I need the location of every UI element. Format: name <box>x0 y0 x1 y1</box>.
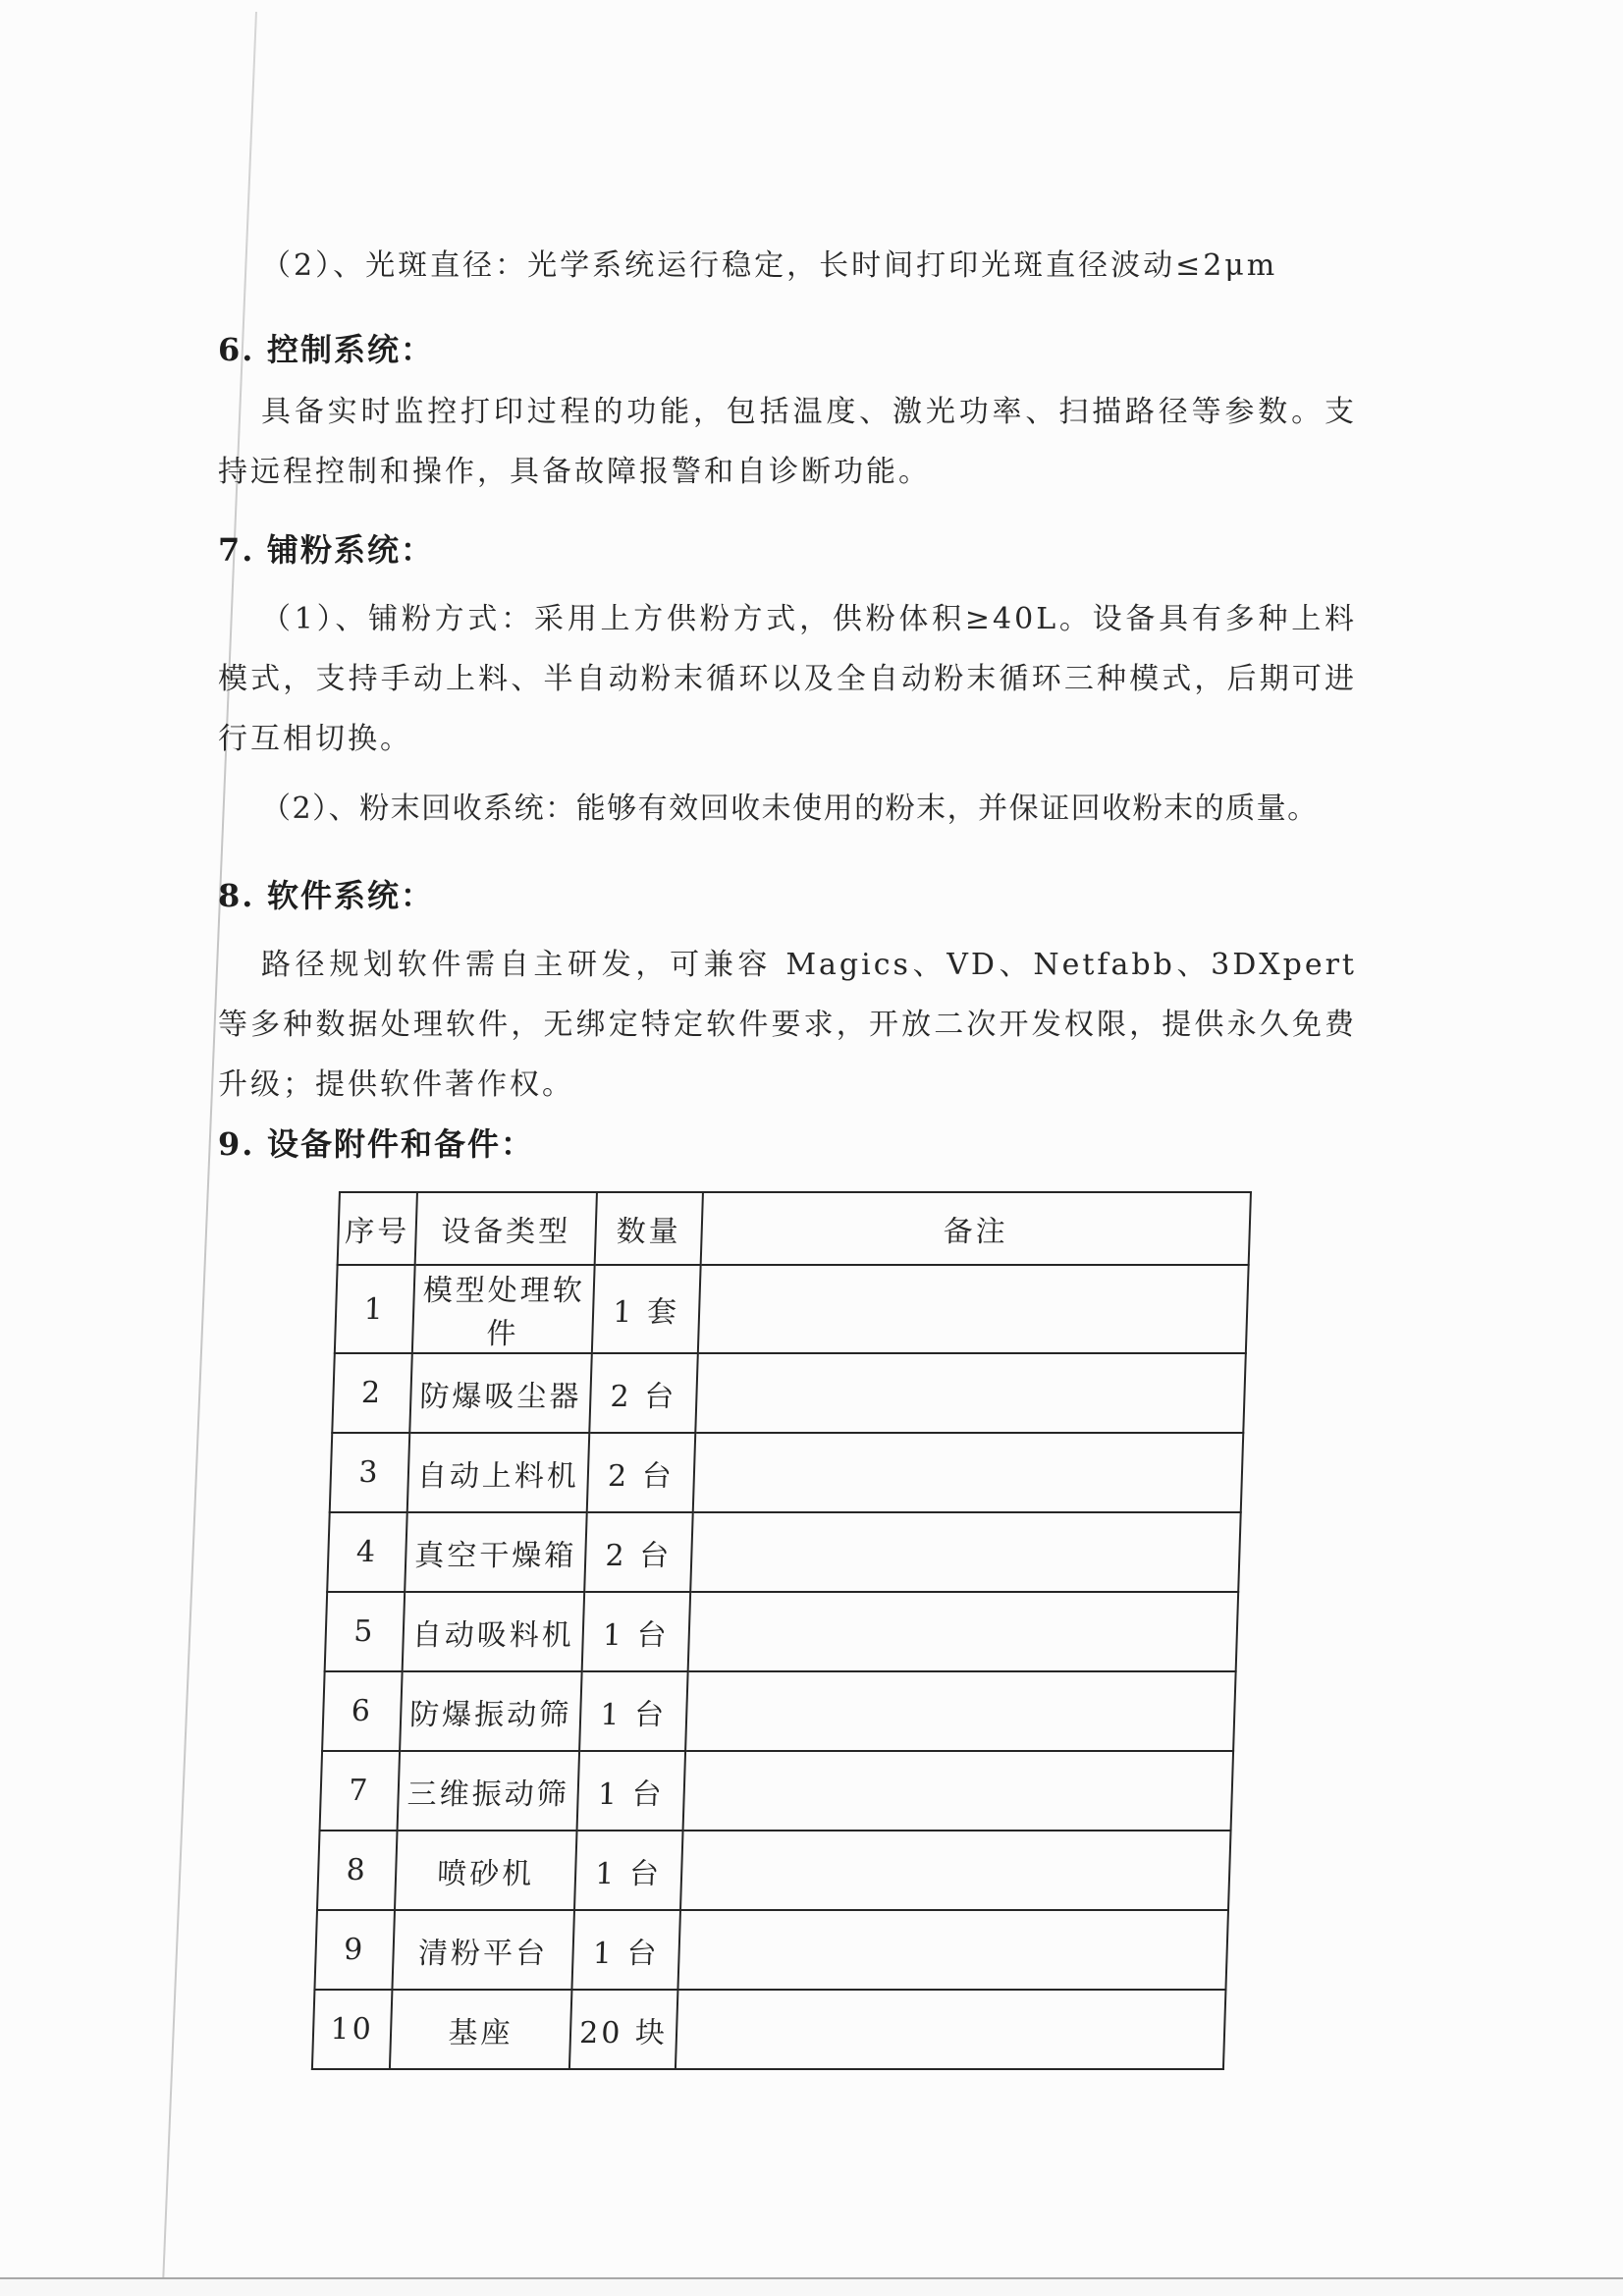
device-type-cell: 自动吸料机 <box>403 1592 585 1671</box>
device-type-cell: 清粉平台 <box>392 1910 574 1990</box>
device-type-cell: 真空干燥箱 <box>405 1512 587 1592</box>
index-cell: 6 <box>322 1671 403 1751</box>
quantity-cell: 1 台 <box>571 1910 680 1990</box>
section-8-number: 8. <box>218 873 267 918</box>
index-cell: 3 <box>330 1433 410 1512</box>
device-type-cell: 模型处理软件 <box>412 1265 595 1353</box>
quantity-cell: 1 台 <box>574 1831 683 1910</box>
remark-cell <box>693 1433 1244 1512</box>
section-8-heading: 8.软件系统： <box>218 873 1357 918</box>
section-7-paragraph-2: （2）、粉末回收系统：能够有效回收未使用的粉末，并保证回收粉末的质量。 <box>218 779 1357 839</box>
header-device-type: 设备类型 <box>415 1192 597 1265</box>
index-cell: 5 <box>325 1592 406 1671</box>
table-row: 10 基座 20 块 <box>312 1990 1226 2069</box>
table-row: 9 清粉平台 1 台 <box>314 1910 1228 1990</box>
table-row: 7 三维振动筛 1 台 <box>320 1751 1234 1831</box>
section-6-paragraph: 具备实时监控打印过程的功能，包括温度、激光功率、扫描路径等参数。支持远程控制和操… <box>218 382 1357 502</box>
paragraph-spot-diameter: （2）、光斑直径：光学系统运行稳定，长时间打印光斑直径波动≤2μm <box>218 236 1357 296</box>
index-cell: 7 <box>320 1751 401 1831</box>
remark-cell <box>677 1910 1228 1990</box>
area-below-page <box>0 2279 1623 2296</box>
accessories-table: 序号 设备类型 数量 备注 1 模型处理软件 1 套 2 防爆吸尘器 2 台 <box>311 1191 1252 2070</box>
table-row: 3 自动上料机 2 台 <box>330 1433 1244 1512</box>
device-type-cell: 防爆振动筛 <box>400 1671 582 1751</box>
device-type-cell: 自动上料机 <box>407 1433 590 1512</box>
header-index: 序号 <box>338 1192 417 1265</box>
table-row: 1 模型处理软件 1 套 <box>335 1265 1249 1353</box>
index-cell: 10 <box>312 1990 393 2069</box>
remark-cell <box>690 1512 1241 1592</box>
quantity-cell: 2 台 <box>589 1353 698 1433</box>
table-row: 6 防爆振动筛 1 台 <box>322 1671 1236 1751</box>
index-cell: 8 <box>317 1831 398 1910</box>
header-quantity: 数量 <box>595 1192 703 1265</box>
index-cell: 1 <box>335 1265 415 1353</box>
scanned-document-page: （2）、光斑直径：光学系统运行稳定，长时间打印光斑直径波动≤2μm 6.控制系统… <box>0 0 1623 2296</box>
device-type-cell: 喷砂机 <box>395 1831 577 1910</box>
table-row: 4 真空干燥箱 2 台 <box>327 1512 1241 1592</box>
quantity-cell: 2 台 <box>584 1512 693 1592</box>
section-8-paragraph: 路径规划软件需自主研发，可兼容 Magics、VD、Netfabb、3DXper… <box>218 935 1357 1115</box>
remark-cell <box>676 1990 1226 2069</box>
section-7-heading: 7.铺粉系统： <box>218 527 1357 573</box>
table-row: 8 喷砂机 1 台 <box>317 1831 1231 1910</box>
section-7-number: 7. <box>218 527 267 573</box>
quantity-cell: 1 台 <box>579 1671 688 1751</box>
index-cell: 2 <box>332 1353 412 1433</box>
quantity-cell: 1 套 <box>592 1265 701 1353</box>
quantity-cell: 1 台 <box>582 1592 691 1671</box>
table-row: 5 自动吸料机 1 台 <box>325 1592 1239 1671</box>
quantity-cell: 2 台 <box>587 1433 696 1512</box>
remark-cell <box>680 1831 1231 1910</box>
section-9-title: 设备附件和备件： <box>267 1125 534 1163</box>
remark-cell <box>695 1353 1246 1433</box>
accessories-table-container: 序号 设备类型 数量 备注 1 模型处理软件 1 套 2 防爆吸尘器 2 台 <box>311 1191 1252 2070</box>
section-6-heading: 6.控制系统： <box>218 327 1357 372</box>
remark-cell <box>685 1671 1236 1751</box>
device-type-cell: 基座 <box>390 1990 572 2069</box>
device-type-cell: 三维振动筛 <box>398 1751 580 1831</box>
section-6-number: 6. <box>218 327 267 372</box>
remark-cell <box>683 1751 1234 1831</box>
section-8-title: 软件系统： <box>267 877 434 914</box>
quantity-cell: 1 台 <box>577 1751 686 1831</box>
index-cell: 4 <box>327 1512 407 1592</box>
section-9-heading: 9.设备附件和备件： <box>218 1121 1357 1167</box>
index-cell: 9 <box>314 1910 395 1990</box>
device-type-cell: 防爆吸尘器 <box>409 1353 592 1433</box>
section-7-title: 铺粉系统： <box>267 531 434 569</box>
header-remark: 备注 <box>701 1192 1251 1265</box>
quantity-cell: 20 块 <box>569 1990 678 2069</box>
table-header-row: 序号 设备类型 数量 备注 <box>338 1192 1251 1265</box>
section-9-number: 9. <box>218 1121 267 1167</box>
section-6-title: 控制系统： <box>267 331 434 368</box>
section-7-paragraph-1: （1）、铺粉方式：采用上方供粉方式，供粉体积≥40L。设备具有多种上料模式，支持… <box>218 589 1357 769</box>
remark-cell <box>698 1265 1249 1353</box>
table-row: 2 防爆吸尘器 2 台 <box>332 1353 1246 1433</box>
remark-cell <box>688 1592 1239 1671</box>
